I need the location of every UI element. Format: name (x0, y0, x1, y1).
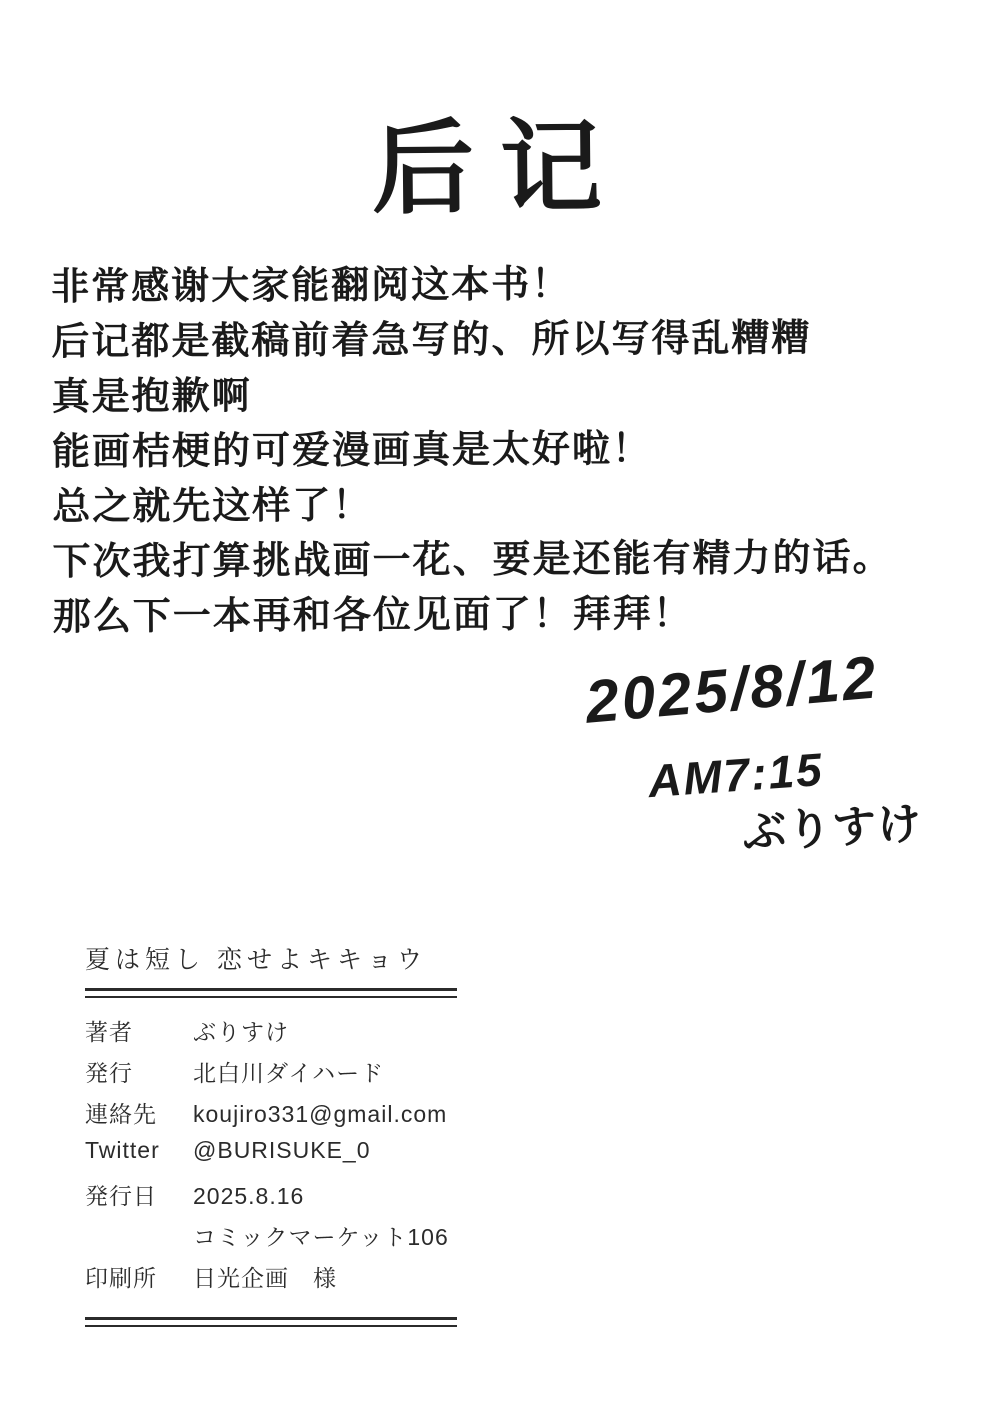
row-label: 発行 (85, 1055, 193, 1088)
afterword-text: 非常感谢大家能翻阅这本书！ 后记都是截稿前着急写的、所以写得乱糟糟 真是抱歉啊 … (51, 256, 983, 646)
row-label: 著者 (85, 1014, 193, 1047)
colophon: 夏は短し 恋せよキキョウ 著者 ぶりすけ 発行 北白川ダイハード 連絡先 kou… (85, 940, 457, 1327)
row-value: 2025.8.16 (193, 1183, 457, 1210)
divider-bottom (85, 1317, 457, 1327)
afterword-line: 总之就先这样了！ (52, 476, 982, 536)
row-label: 発行日 (85, 1178, 193, 1211)
row-value: ぶりすけ (193, 1014, 457, 1047)
row-value: @BURISUKE_0 (193, 1137, 457, 1164)
author-signature: ぶりすけ (740, 787, 923, 860)
colophon-rows: 著者 ぶりすけ 発行 北白川ダイハード 連絡先 koujiro331@gmail… (85, 1014, 457, 1301)
handwritten-date: 2025/8/12 (583, 642, 882, 736)
afterword-line: 能画桔梗的可爱漫画真是太好啦！ (52, 421, 982, 481)
row-label: Twitter (85, 1137, 193, 1164)
colophon-row-pubdate: 発行日 2025.8.16 (85, 1178, 457, 1219)
afterword-line: 非常感谢大家能翻阅这本书！ (51, 256, 981, 316)
afterword-line: 后记都是截稿前着急写的、所以写得乱糟糟 (51, 311, 981, 371)
colophon-row-twitter: Twitter @BURISUKE_0 (85, 1137, 457, 1178)
page-title: 后记 (0, 108, 1000, 229)
row-label: 連絡先 (85, 1096, 193, 1129)
row-label: 印刷所 (85, 1260, 193, 1293)
row-value: 北白川ダイハード (193, 1055, 457, 1088)
colophon-row-event: コミックマーケット106 (85, 1219, 457, 1260)
book-title: 夏は短し 恋せよキキョウ (85, 940, 457, 976)
afterword-line: 下次我打算挑战画一花、要是还能有精力的话。 (52, 531, 982, 591)
row-value: koujiro331@gmail.com (193, 1101, 457, 1128)
row-value: 日光企画 様 (193, 1260, 457, 1293)
colophon-row-contact: 連絡先 koujiro331@gmail.com (85, 1096, 457, 1137)
row-value: コミックマーケット106 (193, 1219, 457, 1252)
colophon-row-publisher: 発行 北白川ダイハード (85, 1055, 457, 1096)
afterword-line: 真是抱歉啊 (52, 366, 982, 426)
divider-top (85, 988, 457, 998)
colophon-row-author: 著者 ぶりすけ (85, 1014, 457, 1055)
afterword-page: 后记 非常感谢大家能翻阅这本书！ 后记都是截稿前着急写的、所以写得乱糟糟 真是抱… (0, 0, 1000, 1419)
colophon-row-printer: 印刷所 日光企画 様 (85, 1260, 457, 1301)
afterword-line: 那么下一本再和各位见面了！拜拜！ (53, 586, 983, 646)
